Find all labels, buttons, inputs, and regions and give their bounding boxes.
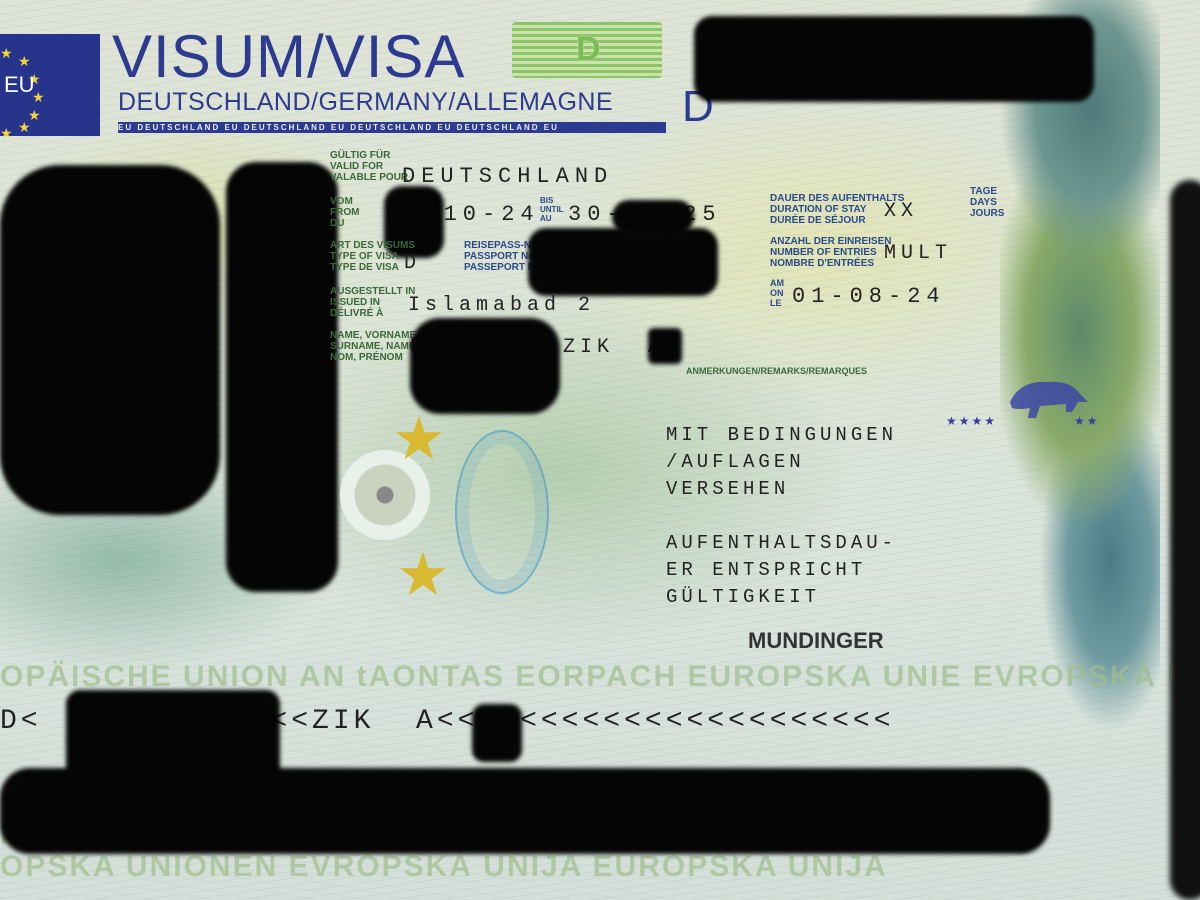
value-type-of-visa: D <box>404 252 421 275</box>
security-print-band <box>1000 0 1160 900</box>
eu-flag-text: EU <box>4 72 35 98</box>
eu-stars-left-icon: ★★★★ <box>946 414 997 428</box>
redaction-photo <box>0 165 220 515</box>
label-from: VOM FROM DU <box>330 196 359 229</box>
value-number-of-entries: MULT <box>884 242 952 265</box>
eu-star-icon: ★ <box>18 120 31 134</box>
redaction-photo-strip <box>226 162 338 592</box>
label-remarks: ANMERKUNGEN/REMARKS/REMARQUES <box>686 366 867 377</box>
eu-text-band-3: OPSKA UNIONEN EVROPSKÁ UNIJA EUROPSKA UN… <box>0 850 1170 884</box>
hologram-d-icon: D <box>512 22 662 78</box>
label-valid-for: GÜLTIG FÜR VALID FOR VALABLE POUR <box>330 150 408 183</box>
security-rosette-icon <box>455 430 549 594</box>
gold-star-icon: ★ <box>396 540 450 610</box>
label-days-unit: TAGE DAYS JOURS <box>970 186 1004 219</box>
redaction-visa-number <box>694 16 1094 102</box>
eu-star-icon: ★ <box>18 54 31 68</box>
label-issued-on: AM ON LE <box>770 278 784 308</box>
eu-text-band-1: OPÄISCHE UNION AN tAONTAS EORPACH EUROPS… <box>0 660 1170 694</box>
remark-line-2: /AUFLAGEN <box>666 449 805 476</box>
redaction-passport-no <box>528 228 718 296</box>
label-until: BIS UNTIL AU <box>540 196 564 223</box>
value-issued-in: Islamabad 2 <box>408 294 595 317</box>
label-name: NAME, VORNAME SURNAME, NAME NOM, PRÉNOM <box>330 330 416 363</box>
microprint-ribbon: EU DEUTSCHLAND EU DEUTSCHLAND EU DEUTSCH… <box>118 122 666 133</box>
remark-line-4: AUFENTHALTSDAU- <box>666 530 897 557</box>
redaction-surname <box>410 318 560 414</box>
remark-line-1: MIT BEDINGUNGEN <box>666 422 897 449</box>
document-subtitle: DEUTSCHLAND/GERMANY/ALLEMAGNE <box>118 88 613 117</box>
value-duration-of-stay: XX <box>884 200 918 223</box>
gold-star-icon: ★ <box>392 404 446 474</box>
label-issued-in: AUSGESTELLT IN ISSUED IN DÉLIVRÉ À <box>330 286 415 319</box>
label-type-of-visa: ART DES VISUMS TYPE OF VISA TYPE DE VISA <box>330 240 415 273</box>
eu-stars-right-icon: ★★ <box>1074 414 1100 428</box>
document-title: VISUM/VISA <box>112 22 465 91</box>
redaction-given-name-part <box>648 328 682 364</box>
redaction-mrz-given-name <box>472 704 522 762</box>
value-valid-for: DEUTSCHLAND <box>402 164 613 189</box>
eu-flag-icon: ★ ★ ★ ★ ★ ★ ★ EU <box>0 34 100 136</box>
page-edge-shadow <box>1170 180 1200 900</box>
eu-star-icon: ★ <box>0 46 13 60</box>
remark-line-5: ER ENTSPRICHT <box>666 557 866 584</box>
label-number-of-entries: ANZAHL DER EINREISEN NUMBER OF ENTRIES N… <box>770 236 892 269</box>
redaction-mrz-line-2 <box>0 768 1050 854</box>
value-issued-on: 01-08-24 <box>792 284 946 309</box>
officer-signature: MUNDINGER <box>748 628 884 654</box>
remark-line-3: VERSEHEN <box>666 476 789 503</box>
remark-line-6: GÜLTIGKEIT <box>666 584 820 611</box>
eu-star-icon: ★ <box>0 126 13 140</box>
